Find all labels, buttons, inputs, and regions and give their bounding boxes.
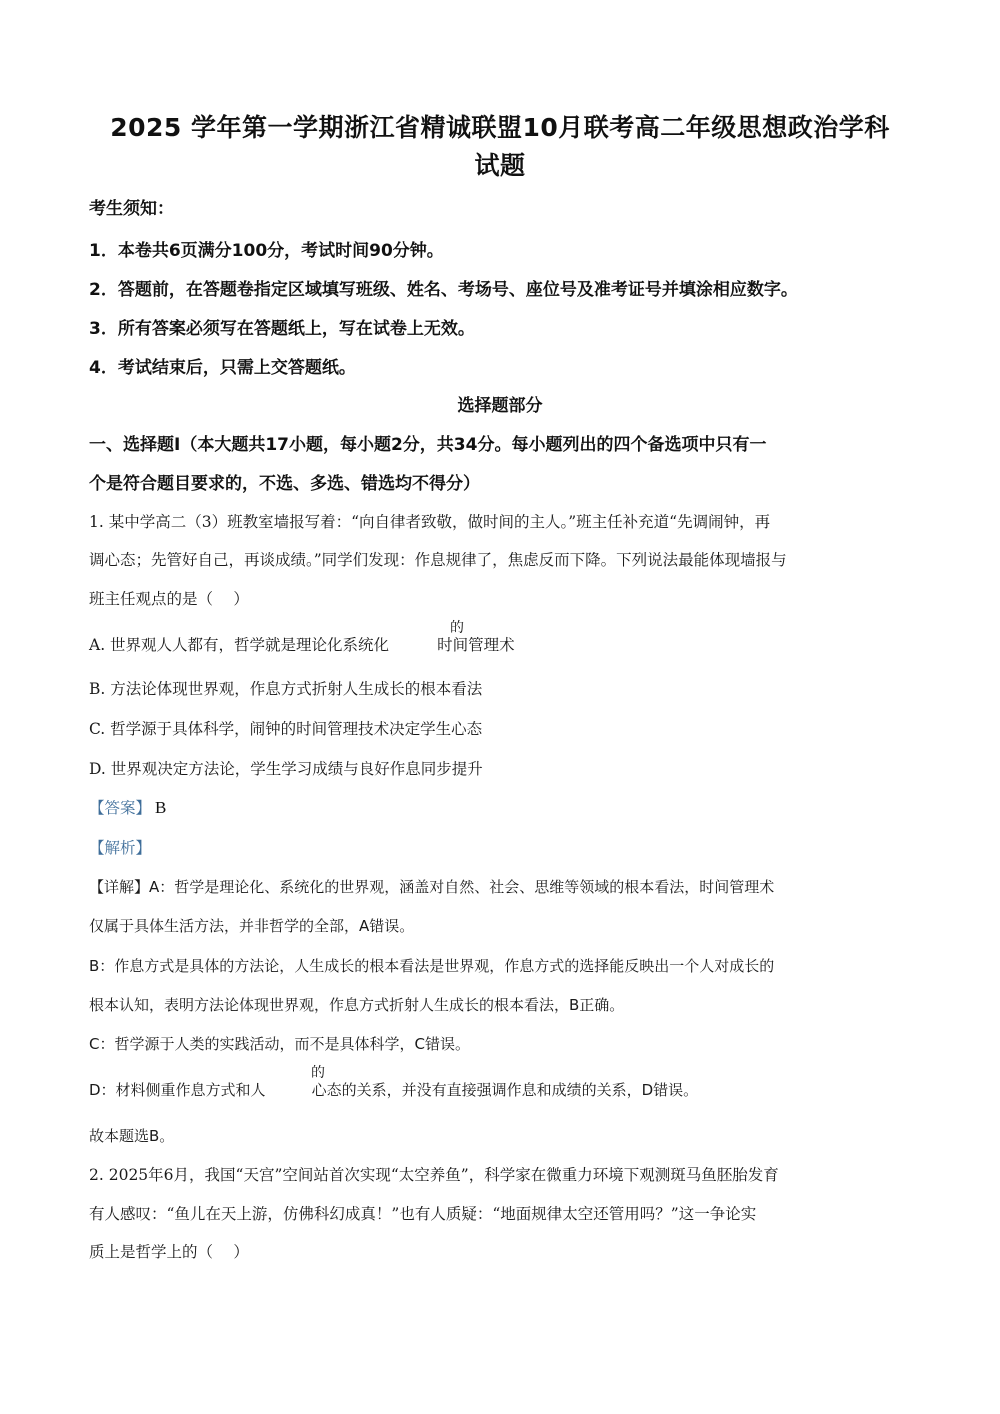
- q1-option-d: D. 世界观决定方法论，学生学习成绩与良好作息同步提升: [89, 757, 483, 779]
- q1-stem-line2: 调心态；先管好自己，再谈成绩。”同学们发现：作息规律了，焦虑反而下降。下列说法最…: [89, 548, 787, 570]
- q1-detail-d-tail: 心态的关系，并没有直接强调作息和成绩的关系，D错误。: [312, 1081, 699, 1099]
- q1-option-a-floating-char: 的: [450, 617, 464, 637]
- q1-analysis: 【解析】: [89, 836, 151, 858]
- q1-stem-line3: 班主任观点的是（ ）: [89, 587, 249, 609]
- part-instructions-line2: 个是符合题目要求的，不选、多选、错选均不得分）: [89, 469, 480, 494]
- q1-detail-line2: 仅属于具体生活方法，并非哲学的全部，A错误。: [89, 915, 414, 936]
- notice-item-4: 4．考试结束后，只需上交答题纸。: [89, 353, 356, 378]
- notice-item-3: 3．所有答案必须写在答题纸上，写在试卷上无效。: [89, 314, 475, 339]
- answer-tag: 【答案】: [89, 799, 151, 817]
- q2-stem-line1: 2. 2025年6月，我国“天宫”空间站首次实现“太空养鱼”，科学家在微重力环境…: [89, 1163, 779, 1185]
- q1-option-c: C. 哲学源于具体科学，闹钟的时间管理技术决定学生心态: [89, 717, 482, 739]
- answer-value: B: [155, 798, 166, 817]
- notice-item-1: 1．本卷共6页满分100分，考试时间90分钟。: [89, 236, 444, 261]
- section-heading: 选择题部分: [0, 391, 1000, 416]
- document-title-line1: 2025 学年第一学期浙江省精诚联盟10月联考高二年级思想政治学科: [60, 108, 940, 148]
- q1-conclusion: 故本题选B。: [89, 1125, 174, 1146]
- q1-detail-line6: D：材料侧重作息方式和人心态的关系，并没有直接强调作息和成绩的关系，D错误。: [89, 1079, 698, 1100]
- analysis-tag: 【解析】: [89, 839, 151, 857]
- q1-detail-line4: 根本认知，表明方法论体现世界观，作息方式折射人生成长的根本看法，B正确。: [89, 994, 624, 1015]
- q1-detail-d-text: D：材料侧重作息方式和人: [89, 1081, 266, 1099]
- q1-option-a-text: A. 世界观人人都有，哲学就是理论化系统化: [89, 636, 389, 654]
- part-instructions-line1: 一、选择题Ⅰ（本大题共17小题，每小题2分，共34分。每小题列出的四个备选项中只…: [89, 430, 766, 455]
- exam-page: 2025 学年第一学期浙江省精诚联盟10月联考高二年级思想政治学科 试题 考生须…: [0, 0, 1000, 1414]
- q1-detail-d-floating-char: 的: [311, 1062, 325, 1082]
- q1-detail-line5: C：哲学源于人类的实践活动，而不是具体科学，C错误。: [89, 1033, 470, 1054]
- notice-item-2: 2．答题前，在答题卷指定区域填写班级、姓名、考场号、座位号及准考证号并填涂相应数…: [89, 275, 798, 300]
- q1-answer: 【答案】B: [89, 796, 166, 818]
- document-title-line2: 试题: [60, 146, 940, 186]
- q2-stem-line3: 质上是哲学上的（ ）: [89, 1240, 249, 1262]
- q1-stem-line1: 1. 某中学高二（3）班教室墙报写着：“向自律者致敬，做时间的主人。”班主任补充…: [89, 510, 770, 532]
- notice-heading: 考生须知：: [89, 194, 174, 219]
- q1-option-b: B. 方法论体现世界观，作息方式折射人生成长的根本看法: [89, 677, 482, 699]
- q1-detail-line1: 【详解】A：哲学是理论化、系统化的世界观，涵盖对自然、社会、思维等领域的根本看法…: [89, 876, 774, 897]
- q1-option-a-tail: 时间管理术: [437, 636, 515, 654]
- q1-detail-line3: B：作息方式是具体的方法论，人生成长的根本看法是世界观，作息方式的选择能反映出一…: [89, 955, 774, 976]
- q2-stem-line2: 有人感叹：“鱼儿在天上游，仿佛科幻成真！”也有人质疑：“地面规律太空还管用吗？”…: [89, 1202, 756, 1224]
